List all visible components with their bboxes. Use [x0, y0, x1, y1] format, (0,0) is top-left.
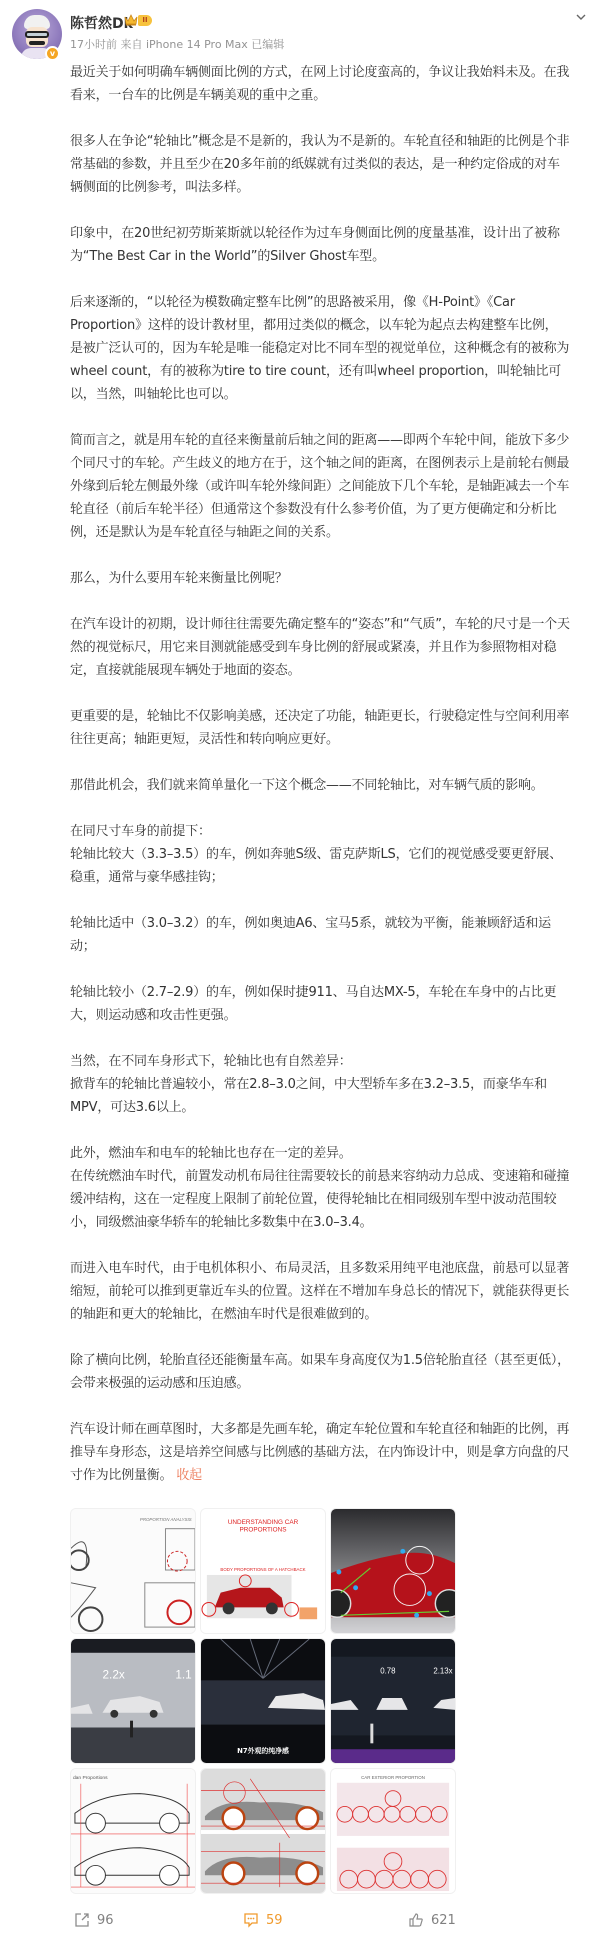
- circles-diagram-image: CAR EXTERIOR PROPORTION: [331, 1769, 455, 1893]
- paragraph: 轮轴比适中（3.0–3.2）的车，例如奥迪A6、宝马5系，就较为平衡，能兼顾舒适…: [70, 912, 570, 958]
- svg-text:dan Proportions: dan Proportions: [73, 1775, 108, 1781]
- image-thumbnail-9[interactable]: CAR EXTERIOR PROPORTION: [330, 1768, 456, 1894]
- svg-text:BODY PROPORTIONS OF A HATCHBAC: BODY PROPORTIONS OF A HATCHBACK: [220, 1567, 305, 1572]
- svg-text:2.13x: 2.13x: [433, 1666, 452, 1675]
- post-meta: 17小时前 来自 iPhone 14 Pro Max 已编辑: [70, 36, 284, 52]
- avatar-mustache: [29, 41, 45, 45]
- paragraph: 很多人在争论“轮轴比”概念是不是新的，我认为不是新的。车轮直径和轴距的比例是个非…: [70, 130, 570, 199]
- diagram-image: UNDERSTANDING CAR PROPORTIONS BODY PROPO…: [201, 1509, 325, 1633]
- paragraph: 更重要的是，轮轴比不仅影响美感，还决定了功能，轴距更长，行驶稳定性与空间利用率往…: [70, 705, 570, 751]
- repost-button[interactable]: 96: [74, 1905, 114, 1935]
- action-bar: 96 59 621: [0, 1905, 600, 1935]
- avatar-glasses: [25, 31, 49, 38]
- launch-stage-purple-image: 0.78 2.13x: [331, 1639, 455, 1763]
- image-thumbnail-7[interactable]: dan Proportions: [70, 1768, 196, 1894]
- image-grid: PROPORTION ANALYSIS UNDERSTANDING CAR PR…: [70, 1508, 458, 1894]
- paragraph: 在传统燃油车时代，前置发动机布局往往需要较长的前悬来容纳动力总成、变速箱和碰撞缓…: [70, 1165, 570, 1234]
- collapse-link[interactable]: 收起: [176, 1468, 202, 1483]
- chevron-down-icon[interactable]: [574, 10, 588, 24]
- paragraph: 轮轴比较小（2.7–2.9）的车，例如保时捷911、马自达MX-5，车轮在车身中…: [70, 981, 570, 1027]
- svg-text:PROPORTION ANALYSIS: PROPORTION ANALYSIS: [140, 1517, 192, 1522]
- svg-text:1.1: 1.1: [175, 1667, 191, 1681]
- weibo-post: v 陈哲然Dk II 17小时前 来自 iPhone 14 Pro Max 已编…: [0, 0, 600, 1943]
- launch-stage-image: 2.2x 1.1: [71, 1639, 195, 1763]
- paragraph: 简而言之，就是用车轮的直径来衡量前后轴之间的距离——即两个车轮中间，能放下多少个…: [70, 429, 570, 544]
- comment-button[interactable]: 59: [243, 1905, 283, 1935]
- like-count: 621: [431, 1913, 456, 1928]
- paragraph: 那借此机会，我们就来简单量化一下这个概念——不同轮轴比，对车辆气质的影响。: [70, 774, 570, 797]
- svg-text:PROPORTIONS: PROPORTIONS: [240, 1527, 287, 1534]
- paragraph-last: 汽车设计师在画草图时，大多都是先画车轮，确定车轮位置和车轮直径和轴距的比例，再推…: [70, 1418, 570, 1487]
- paragraph: 最近关于如何明确车辆侧面比例的方式，在网上讨论度蛮高的，争议让我始料未及。在我看…: [70, 61, 570, 107]
- paragraph: 后来逐渐的，“以轮径为模数确定整车比例”的思路被采用，像《H-Point》《Ca…: [70, 291, 570, 406]
- paragraph: 当然，在不同车身形式下，轮轴比也有自然差异：: [70, 1050, 570, 1073]
- paragraph: 在汽车设计的初期，设计师往往需要先确定整车的“姿态”和“气质”，车轮的尺寸是一个…: [70, 613, 570, 682]
- post-content: 最近关于如何明确车辆侧面比例的方式，在网上讨论度蛮高的，争议让我始料未及。在我看…: [70, 61, 570, 1487]
- comment-count: 59: [266, 1913, 283, 1928]
- paragraph: 轮轴比较大（3.3–3.5）的车，例如奔驰S级、雷克萨斯LS，它们的视觉感受要更…: [70, 843, 570, 889]
- image-caption: N7外观的纯净感: [237, 1746, 289, 1755]
- red-car-image: [331, 1509, 455, 1633]
- svg-text:CAR EXTERIOR PROPORTION: CAR EXTERIOR PROPORTION: [361, 1775, 425, 1780]
- thumbs-up-icon: [408, 1912, 424, 1928]
- image-thumbnail-2[interactable]: UNDERSTANDING CAR PROPORTIONS BODY PROPO…: [200, 1508, 326, 1634]
- like-button[interactable]: 621: [408, 1905, 456, 1935]
- image-thumbnail-3[interactable]: [330, 1508, 456, 1634]
- level-badge[interactable]: II: [138, 15, 152, 26]
- image-thumbnail-1[interactable]: PROPORTION ANALYSIS: [70, 1508, 196, 1634]
- paragraph: 在同尺寸车身的前提下：: [70, 820, 570, 843]
- paragraph-text: 汽车设计师在画草图时，大多都是先画车轮，确定车轮位置和车轮直径和轴距的比例，再推…: [70, 1422, 569, 1483]
- paragraph: 而进入电车时代，由于电机体积小、布局灵活，且多数采用纯平电池底盘，前悬可以显著缩…: [70, 1257, 570, 1326]
- image-thumbnail-6[interactable]: 0.78 2.13x: [330, 1638, 456, 1764]
- paragraph: 此外，燃油车和电车的轮轴比也存在一定的差异。: [70, 1142, 570, 1165]
- paragraph: 印象中，在20世纪初劳斯莱斯就以轮径作为过车身侧面比例的度量基准，设计出了被称为…: [70, 222, 570, 268]
- verified-badge-icon: v: [45, 46, 60, 61]
- crown-icon: [124, 14, 138, 26]
- paragraph: 掀背车的轮轴比普遍较小，常在2.8–3.0之间，中大型轿车多在3.2–3.5，而…: [70, 1073, 570, 1119]
- comment-icon: [243, 1912, 259, 1928]
- sedan-sketch-image: dan Proportions: [71, 1769, 195, 1893]
- image-thumbnail-5[interactable]: N7外观的纯净感: [200, 1638, 326, 1764]
- sketch-image: PROPORTION ANALYSIS: [71, 1509, 195, 1633]
- repost-icon: [74, 1912, 90, 1928]
- launch-stage-dark-image: N7外观的纯净感: [201, 1639, 325, 1763]
- svg-text:UNDERSTANDING CAR: UNDERSTANDING CAR: [228, 1519, 299, 1526]
- svg-text:0.78: 0.78: [380, 1666, 396, 1675]
- stage-stat: 2.2x: [102, 1667, 124, 1681]
- repost-count: 96: [97, 1913, 114, 1928]
- paragraph: 除了横向比例，轮胎直径还能衡量车高。如果车身高度仅为1.5倍轮胎直径（甚至更低）…: [70, 1349, 570, 1395]
- vintage-car-image: [201, 1769, 325, 1893]
- image-thumbnail-8[interactable]: [200, 1768, 326, 1894]
- paragraph: 那么，为什么要用车轮来衡量比例呢？: [70, 567, 570, 590]
- image-thumbnail-4[interactable]: 2.2x 1.1: [70, 1638, 196, 1764]
